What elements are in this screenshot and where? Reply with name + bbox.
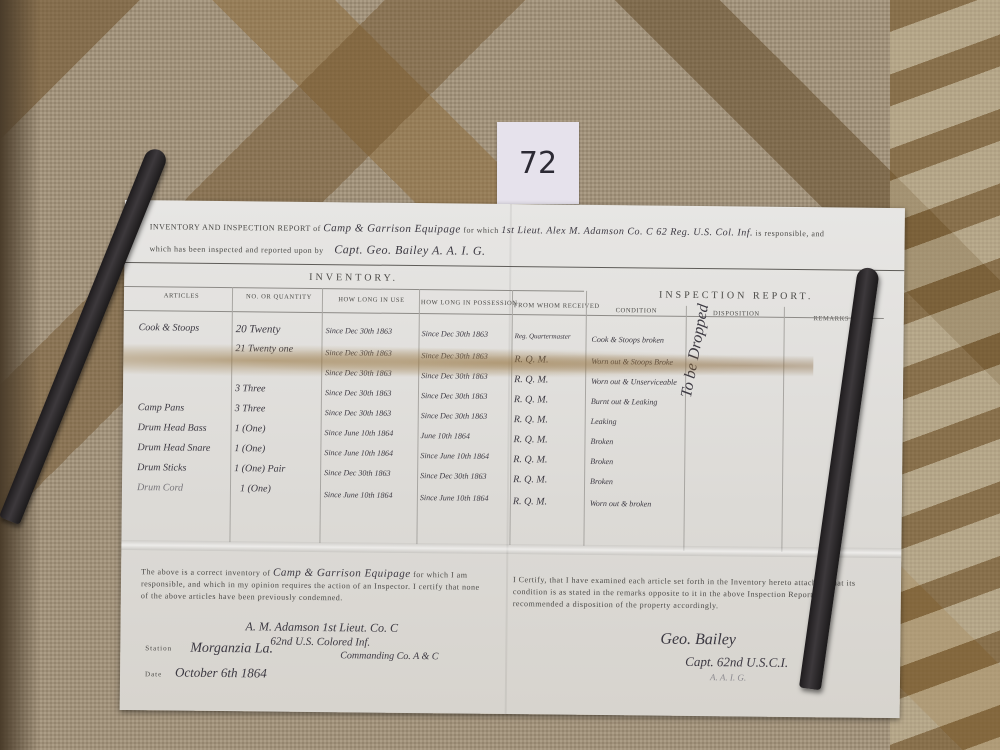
header-print-c: is responsible, and (756, 229, 825, 239)
row-article: Drum Head Bass (138, 422, 207, 434)
row-in-possession: Since Dec 30th 1863 (420, 471, 487, 481)
col-articles: Articles (134, 292, 229, 300)
row-in-use: Since Dec 30th 1863 (325, 408, 392, 418)
row-article: Drum Head Snare (137, 442, 210, 454)
row-in-use: Since Dec 30th 1863 (324, 468, 391, 478)
row-quantity: 1 (One) (234, 443, 265, 454)
row-condition: Leaking (591, 417, 617, 426)
inspection-report-title: INSPECTION REPORT. (659, 290, 813, 303)
row-in-possession: Since Dec 30th 1863 (421, 391, 488, 401)
row-quantity: 1 (One) (235, 423, 266, 434)
row-condition: Broken (590, 477, 613, 486)
row-in-possession: Since Dec 30th 1863 (421, 411, 488, 421)
col-divider (683, 306, 687, 551)
header-print-b: for which (463, 226, 498, 235)
row-received-from: Reg. Quartermaster (515, 332, 571, 341)
col-condition: Condition (589, 307, 684, 315)
row-received-from: R. Q. M. (513, 454, 547, 465)
header-subject-handwritten: Camp & Garrison Equipage (323, 222, 461, 235)
row-in-use: Since June 10th 1864 (324, 490, 393, 500)
row-received-from: R. Q. M. (513, 496, 547, 507)
col-received-from: From whom received (514, 302, 589, 310)
date-value: October 6th 1864 (175, 665, 267, 682)
row-condition: Burnt out & Leaking (591, 397, 658, 407)
left-certification: The above is a correct inventory of Camp… (141, 565, 481, 606)
inventory-title: INVENTORY. (309, 272, 398, 284)
header-line-2: which has been inspected and reported up… (149, 240, 485, 259)
left-cert-text-a: The above is a correct inventory of (141, 567, 271, 577)
row-received-from: R. Q. M. (514, 394, 548, 405)
header-officer-handwritten: 1st Lieut. Alex M. Adamson Co. C 62 Reg.… (501, 225, 753, 239)
horizontal-fold (121, 540, 901, 558)
row-quantity: 3 Three (235, 383, 266, 394)
right-signature: Geo. Bailey (660, 631, 736, 650)
row-article: Drum Cord (137, 482, 183, 493)
row-quantity: 20 Twenty (236, 323, 281, 335)
left-signature-line-3: Commanding Co. A & C (340, 650, 438, 662)
row-in-possession: Since June 10th 1864 (420, 493, 489, 503)
station-label: Station (145, 644, 172, 652)
row-article: Drum Sticks (137, 462, 186, 474)
left-signature-line-2: 62nd U.S. Colored Inf. (270, 636, 370, 649)
row-article: Camp Pans (138, 402, 185, 413)
header-inspected-by: which has been inspected and reported up… (149, 244, 323, 255)
header-rule (124, 262, 904, 271)
right-signature-line-2: Capt. 62nd U.S.C.I. (685, 654, 788, 671)
date-label: Date (145, 670, 162, 678)
header-print-a: INVENTORY AND INSPECTION REPORT of (150, 222, 321, 233)
tag-number: 72 (519, 146, 557, 181)
col-divider (319, 288, 323, 543)
row-quantity: 3 Three (235, 403, 266, 414)
row-condition: Cook & Stoops broken (592, 335, 664, 345)
row-condition: Broken (590, 457, 613, 466)
col-divider (781, 307, 785, 552)
row-in-possession: Since June 10th 1864 (420, 451, 489, 461)
header-inspector-handwritten: Capt. Geo. Bailey A. A. I. G. (334, 242, 486, 258)
row-in-possession: June 10th 1864 (421, 431, 470, 441)
row-in-use: Since June 10th 1864 (324, 448, 393, 458)
station-value: Morganzia La. (190, 641, 273, 658)
left-cert-subject-handwritten: Camp & Garrison Equipage (273, 567, 411, 580)
row-received-from: R. Q. M. (514, 414, 548, 425)
row-condition: Broken (590, 437, 613, 446)
row-quantity: 1 (One) Pair (234, 463, 285, 475)
left-signature: A. M. Adamson 1st Lieut. Co. C (245, 619, 398, 636)
row-article: Cook & Stoops (139, 322, 200, 334)
col-divider (229, 287, 233, 542)
col-divider (416, 289, 420, 544)
col-in-possession: How long in possession (421, 299, 516, 307)
col-in-use: How long in use (324, 296, 419, 304)
row-quantity: 1 (One) (240, 483, 271, 494)
row-in-possession: Since Dec 30th 1863 (422, 329, 489, 339)
header-line-1: INVENTORY AND INSPECTION REPORT of Camp … (150, 220, 825, 239)
col-quantity: No. or Quantity (234, 293, 324, 301)
number-tag: 72 (497, 122, 579, 204)
col-divider (583, 291, 587, 546)
row-received-from: R. Q. M. (513, 474, 547, 485)
row-in-use: Since Dec 30th 1863 (325, 388, 392, 398)
right-signature-line-3: A. A. I. G. (710, 672, 746, 682)
row-in-use: Since June 10th 1864 (325, 428, 394, 438)
row-condition: Worn out & broken (590, 499, 651, 509)
inventory-inspection-report-document: INVENTORY AND INSPECTION REPORT of Camp … (120, 200, 905, 718)
row-received-from: R. Q. M. (513, 434, 547, 445)
inventory-title-rule (124, 286, 584, 292)
water-stain (123, 340, 813, 385)
row-in-use: Since Dec 30th 1863 (326, 326, 393, 336)
